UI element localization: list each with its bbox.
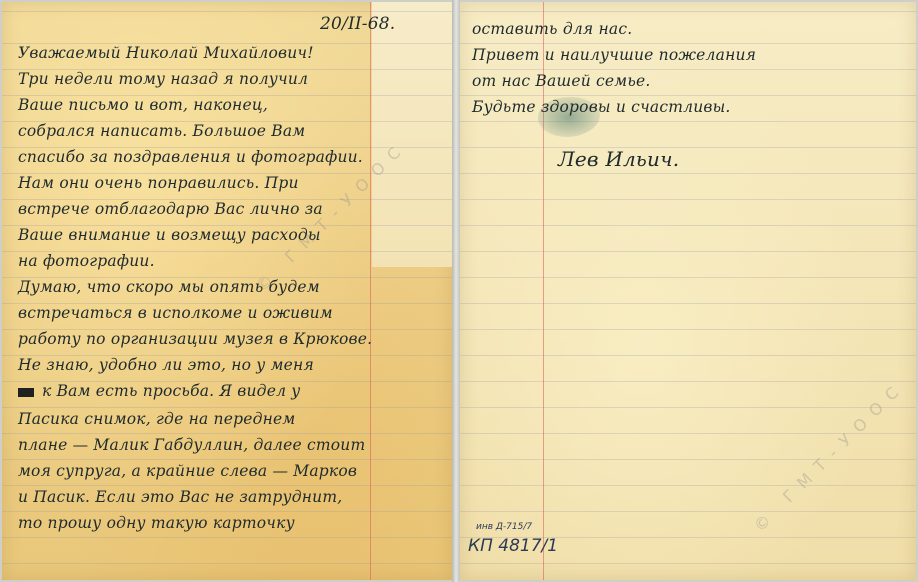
margin-line: [370, 2, 371, 580]
letter-page-left: © ГМТ-УООС 20/II-68. Уважаемый Николай М…: [2, 2, 452, 580]
scanned-document: © ГМТ-УООС 20/II-68. Уважаемый Николай М…: [0, 0, 918, 582]
letter-date: 20/II-68.: [320, 14, 395, 34]
letter-line: Ваше письмо и вот, наконец,: [18, 96, 268, 114]
letter-line: Ваше внимание и возмещу расходы: [18, 226, 321, 244]
letter-line: Будьте здоровы и счастливы.: [472, 98, 731, 116]
letter-line: спасибо за поздравления и фотографии.: [18, 148, 363, 166]
letter-line-text: к Вам есть просьба. Я видел у: [42, 382, 300, 400]
letter-line: Нам они очень понравились. При: [18, 174, 299, 192]
letter-line: Уважаемый Николай Михайлович!: [18, 44, 314, 62]
letter-line: Пасика снимок, где на переднем: [18, 410, 295, 428]
letter-line: встречаться в исполкоме и оживим: [18, 304, 333, 322]
letter-line: моя супруга, а крайние слева — Марков: [18, 462, 357, 480]
letter-line: встрече отблагодарю Вас лично за: [18, 200, 323, 218]
inventory-number: КП 4817/1: [468, 536, 558, 556]
letter-line: на фотографии.: [18, 252, 155, 270]
letter-line: от нас Вашей семье.: [472, 72, 650, 90]
letter-line: и Пасик. Если это Вас не затруднит,: [18, 488, 342, 506]
signature: Лев Ильич.: [558, 147, 679, 171]
page-gutter: [452, 0, 460, 582]
letter-line: оставить для нас.: [472, 20, 632, 38]
letter-line: то прошу одну такую карточку: [18, 514, 295, 532]
letter-line-with-redaction: к Вам есть просьба. Я видел у: [18, 382, 300, 400]
letter-line: плане — Малик Габдуллин, далее стоит: [18, 436, 365, 454]
letter-line: Привет и наилучшие пожелания: [472, 46, 756, 64]
ink-redaction-mark: [18, 388, 34, 397]
letter-line: Не знаю, удобно ли это, но у меня: [18, 356, 314, 374]
letter-line: работу по организации музея в Крюкове.: [18, 330, 372, 348]
letter-line: собрался написать. Большое Вам: [18, 122, 305, 140]
letter-line: Думаю, что скоро мы опять будем: [18, 278, 320, 296]
inventory-mark: инв Д-715/7: [476, 522, 532, 532]
letter-page-right: © ГМТ-УООС оставить для нас. Привет и на…: [460, 2, 916, 580]
letter-line: Три недели тому назад я получил: [18, 70, 308, 88]
